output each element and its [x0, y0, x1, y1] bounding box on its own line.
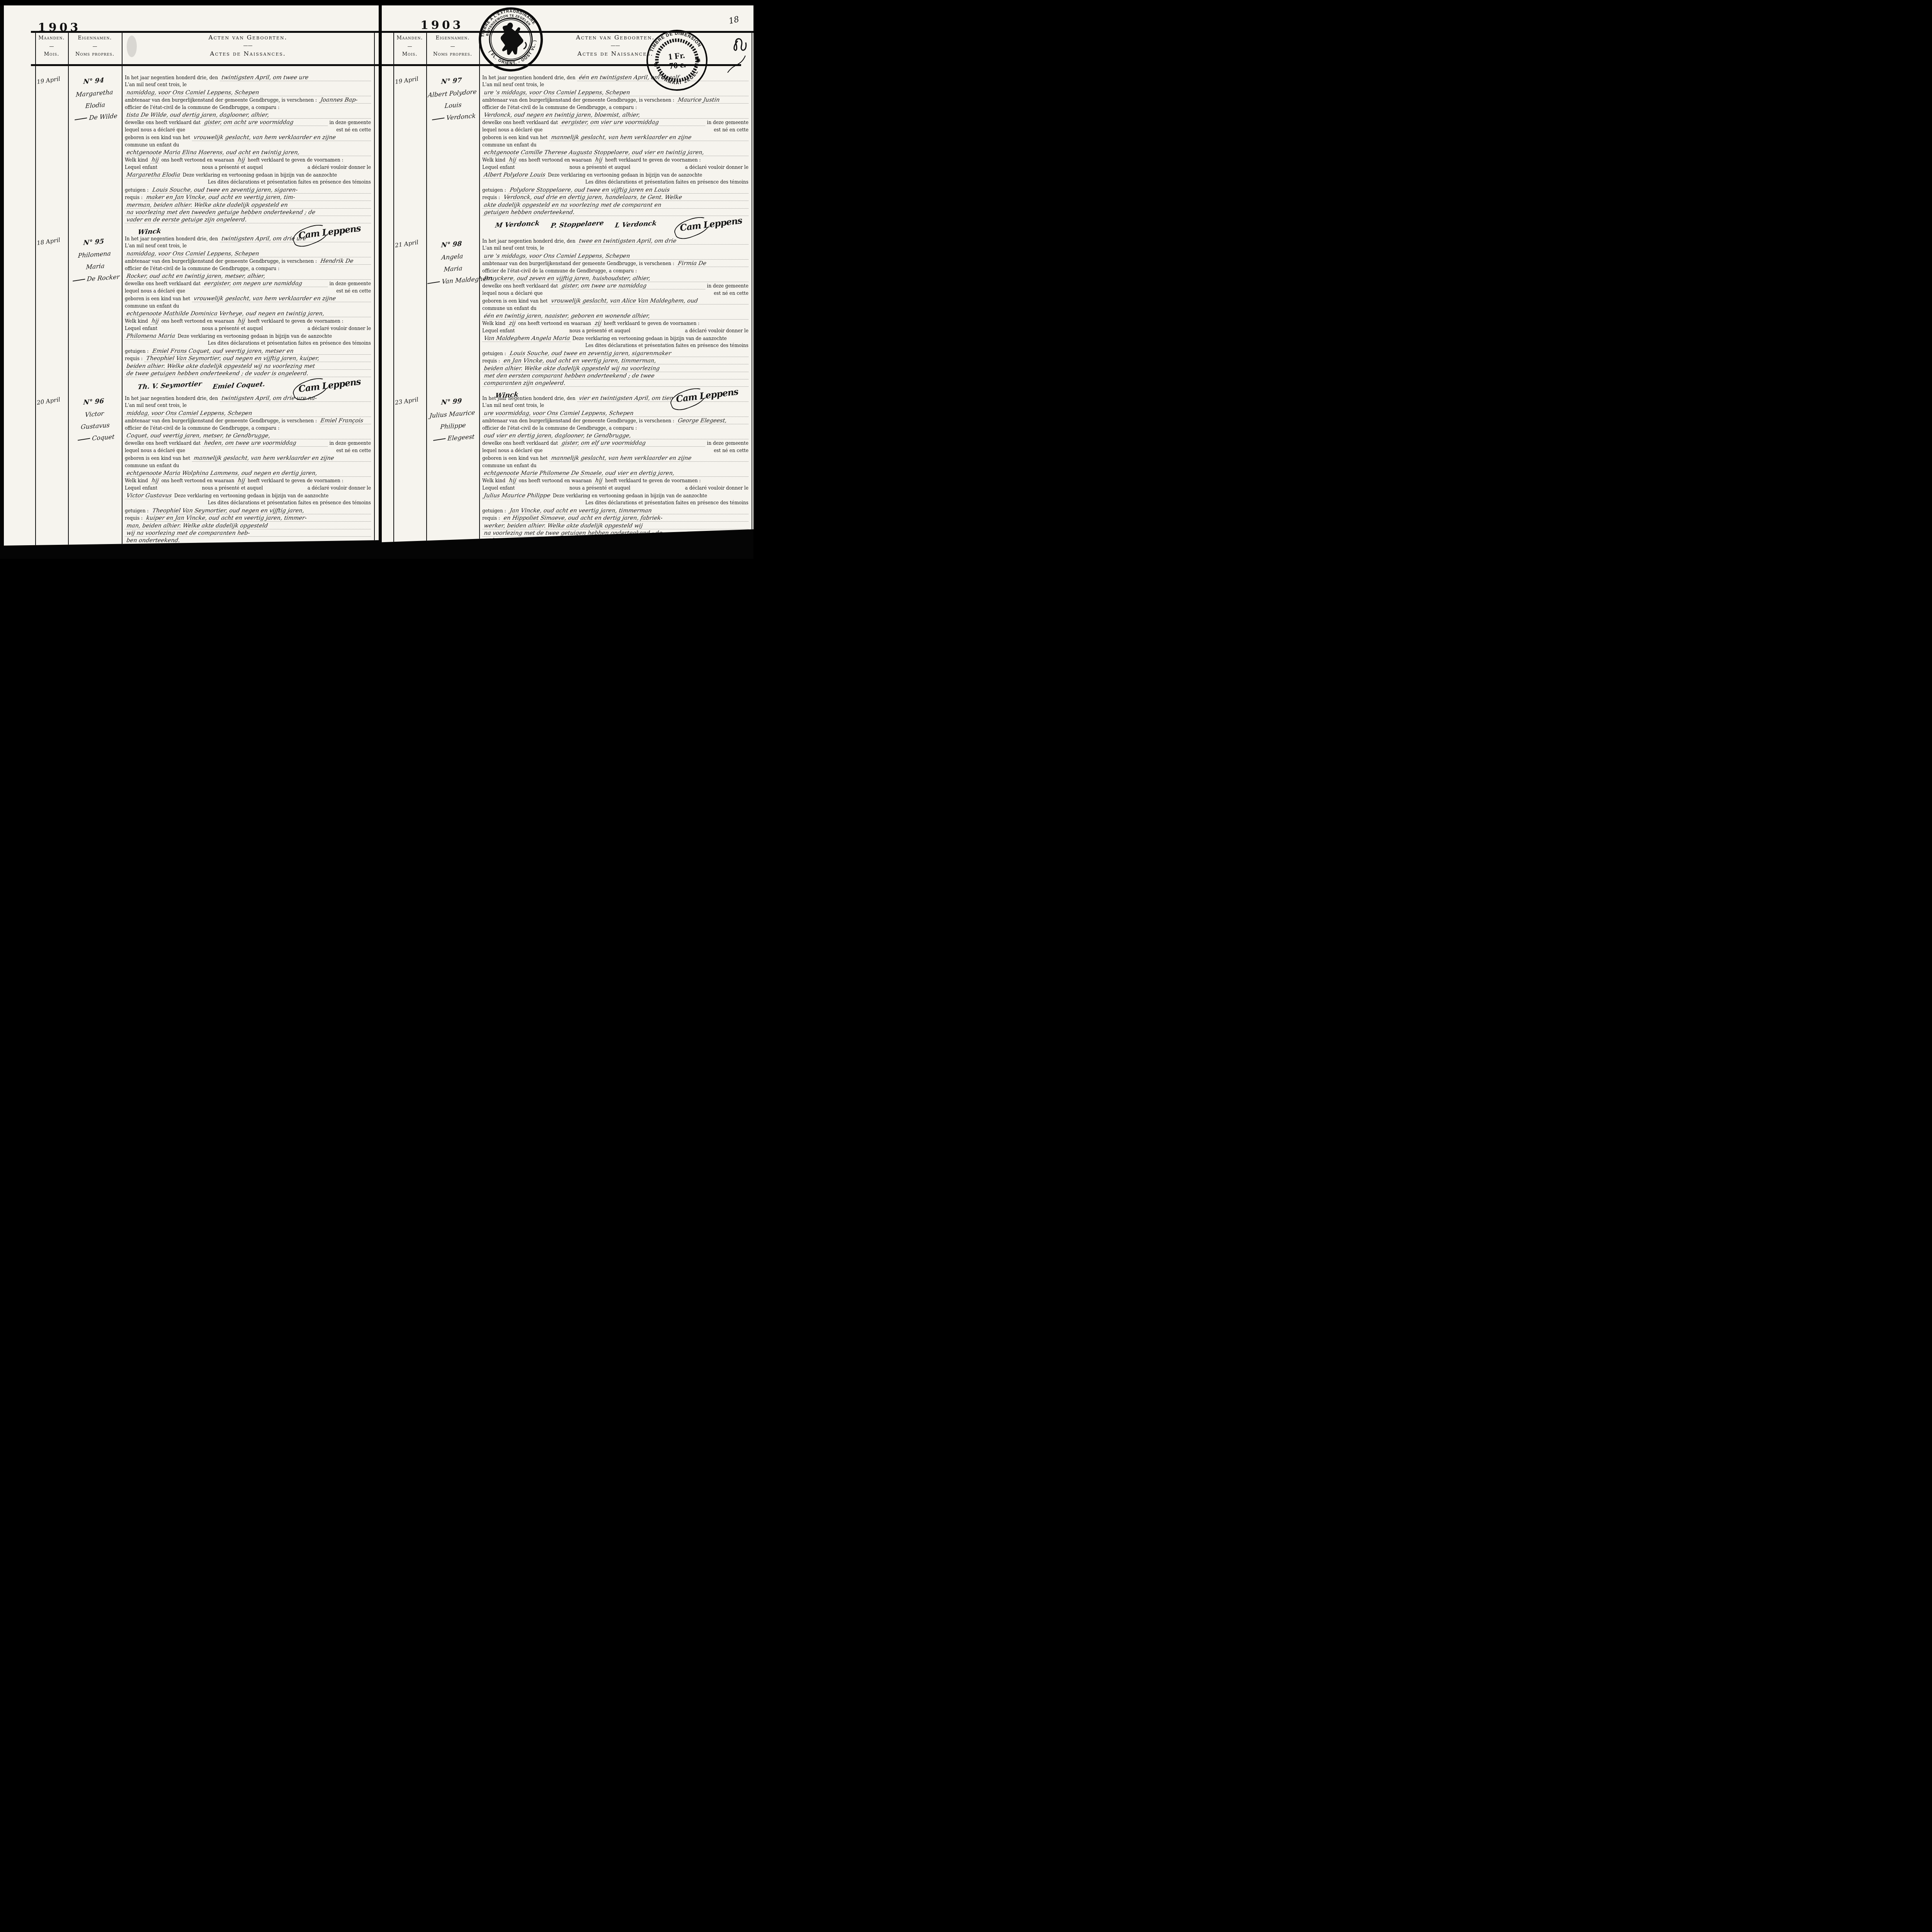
printed-form-text: ambtenaar van den burgerlijkenstand der …	[482, 261, 674, 266]
handwritten-text: Louis Souche, oud twee en zeventig jaren…	[508, 350, 750, 357]
act-text-line: lequel nous a déclaré queest né en cette	[482, 291, 748, 298]
handwritten-text: na voorlezing met de twee getuigen hebbe…	[482, 530, 750, 537]
birth-act-entry: 23 AprilN° 99Julius MauricePhilippeElege…	[382, 392, 753, 541]
stamp-value-centimes: 70 c.	[669, 60, 686, 71]
printed-form-text: In het jaar negentien honderd drie, den	[125, 236, 218, 241]
handwritten-text: Theophiel Van Seymortier, oud negen en v…	[145, 355, 372, 362]
printed-form-text: ons heeft vertoond en waaraan	[518, 321, 591, 326]
act-text-line: commune un enfant du	[125, 142, 371, 150]
printed-form-text: in deze gemeente	[707, 440, 748, 446]
printed-form-text: est né en cette	[714, 291, 748, 296]
act-text-line: lequel nous a déclaré queest né en cette	[482, 127, 748, 134]
printed-form-text: ambtenaar van den burgerlijkenstand der …	[125, 259, 317, 264]
act-text-line: ure 's middags, voor Ons Camiel Leppens,…	[482, 90, 748, 97]
printed-form-text: L'an mil neuf cent trois, le	[482, 245, 544, 251]
printed-form-text: nous a présenté et auquel	[570, 485, 631, 491]
entry-margin-date: 23 April	[395, 396, 419, 406]
register-page-left: 1903 Maanden. — Mois. Eigennamen. — Noms…	[4, 5, 379, 546]
entry-margin-name: N° 99Julius MauricePhilippeElegeest	[425, 394, 481, 446]
entry-act-text: In het jaar negentien honderd drie, denv…	[482, 395, 748, 558]
handwritten-text: beiden alhier. Welke akte dadelijk opges…	[482, 366, 750, 372]
printed-form-text: heeft verklaard te geven de voornamen :	[605, 478, 701, 483]
printed-form-text: lequel nous a déclaré que	[125, 127, 185, 133]
act-text-line: namiddag, voor Ons Camiel Leppens, Schep…	[125, 251, 371, 258]
handwritten-text: echtgenoote Marie Philomene De Smaele, o…	[482, 470, 750, 477]
printed-form-text: Welk kind	[125, 318, 148, 324]
printed-form-text: ons heeft vertoond en waaraan	[519, 157, 592, 163]
birth-act-entry: 20 AprilN° 96VictorGustavusCoquetIn het …	[4, 392, 379, 546]
act-text-line: geboren is een kind van hetmannelijk ges…	[482, 134, 748, 142]
printed-form-text: requis :	[125, 515, 143, 521]
witness-signature: Emiel Coquet.	[212, 380, 266, 391]
act-text-line: In het jaar negentien honderd drie, dent…	[125, 236, 371, 243]
act-text-line: lequel nous a déclaré queest né en cette	[125, 448, 371, 455]
printed-form-text: nous a présenté et auquel	[202, 326, 263, 331]
printed-form-text: L'an mil neuf cent trois, le	[125, 403, 187, 408]
printed-form-text: requis :	[482, 515, 500, 521]
printed-form-text: Welk kind	[482, 321, 505, 326]
act-text-line: geboren is een kind van hetvrouwelijk ge…	[482, 298, 748, 305]
handwritten-text: Van Maldeghem Angela Maria	[482, 335, 571, 342]
handwritten-text: mannelijk geslacht, van hem verklaarder …	[549, 134, 750, 141]
entry-margin-date: 20 April	[36, 396, 61, 406]
printed-form-text: est né en cette	[714, 127, 748, 133]
act-text-line: Rocker, oud acht en twintig jaren, metse…	[125, 273, 371, 281]
printed-form-text: In het jaar negentien honderd drie, den	[482, 75, 575, 80]
printed-form-text: a déclaré vouloir donner le	[685, 328, 748, 333]
entry-margin-name: N° 97Albert PolydoreLouisVerdonck	[425, 73, 481, 125]
entry-act-text: In het jaar negentien honderd drie, dené…	[482, 75, 748, 230]
printed-form-text: commune un enfant du	[482, 142, 537, 148]
printed-form-text: officier de l'état-civil de la commune d…	[125, 105, 279, 110]
printed-form-text: dewelke ons heeft verklaard dat	[482, 440, 558, 446]
printed-form-text: Deze verklaring en vertooning gedaan in …	[183, 172, 337, 178]
act-text-line: echtgenoote Marie Philomene De Smaele, o…	[482, 470, 748, 478]
printed-form-text: requis :	[125, 356, 143, 361]
witness-signature: Simaeve	[529, 548, 561, 557]
act-text-line: met den eersten comparant hebben onderte…	[482, 373, 748, 380]
handwritten-text: Victor Gustavus	[125, 493, 173, 499]
act-text-line: Lequel enfantnous a présenté et auquela …	[482, 165, 748, 172]
entry-margin-name: N° 96VictorGustavusCoquet	[66, 394, 123, 446]
printed-form-text: Lequel enfant	[125, 485, 157, 491]
act-text-line: ben onderteekend.	[125, 537, 371, 545]
handwritten-text: en Jan Vincke, oud acht en veertig jaren…	[502, 358, 750, 364]
handwritten-text: hij	[150, 478, 160, 484]
handwritten-text: heden, om twee ure voormiddag	[202, 440, 328, 447]
act-text-line: L'an mil neuf cent trois, le	[125, 82, 371, 89]
handwritten-text: Albert Polydore Louis	[482, 172, 547, 179]
printed-form-text: dewelke ons heeft verklaard dat	[125, 120, 201, 125]
printed-form-text: ons heeft vertoond en waaraan	[161, 157, 234, 163]
handwritten-text: zij	[507, 320, 517, 327]
act-text-line: man, beiden alhier. Welke akte dadelijk …	[125, 523, 371, 530]
printed-form-text: geboren is een kind van het	[125, 135, 190, 140]
act-text-line: requis :Verdonck, oud drie en dertig jar…	[482, 194, 748, 202]
handwritten-text: Emiel François	[319, 418, 372, 424]
act-text-line: dewelke ons heeft verklaard datheden, om…	[125, 440, 371, 447]
printed-form-text: ons heeft vertoond en waaraan	[519, 478, 592, 483]
handwritten-text: hij	[594, 478, 604, 484]
printed-form-text: lequel nous a déclaré que	[482, 448, 543, 453]
extraordinary-seal-stamp: TIMBRE A L'EXTRAORDINAIRE BUITENGEWOON T…	[471, 0, 551, 80]
printed-form-text: Lequel enfant	[125, 326, 157, 331]
column-header-names: Eigennamen. — Noms propres.	[426, 34, 479, 59]
act-text-line: ure 's middags, voor Ons Camiel Leppens,…	[482, 253, 748, 260]
printed-form-text: in deze gemeente	[707, 283, 748, 289]
act-text-line: lequel nous a déclaré queest né en cette	[482, 448, 748, 455]
entry-margin-date: 19 April	[395, 75, 419, 85]
printed-form-text: L'an mil neuf cent trois, le	[482, 82, 544, 87]
handwritten-text: akte dadelijk opgesteld en na voorlezing…	[482, 202, 750, 209]
act-text-line: Les dites déclarations et présentation f…	[125, 340, 371, 348]
handwritten-text: comparanten zijn ongeleerd.	[482, 380, 750, 387]
handwritten-text: man, beiden alhier. Welke akte dadelijk …	[125, 523, 372, 529]
act-text-line: In het jaar negentien honderd drie, dent…	[125, 395, 371, 403]
printed-form-text: commune un enfant du	[482, 463, 537, 468]
printed-form-text: officier de l'état-civil de la commune d…	[482, 425, 637, 431]
scanned-register-spread: 1903 Maanden. — Mois. Eigennamen. — Noms…	[0, 0, 767, 559]
act-text-line: beiden alhier. Welke akte dadelijk opges…	[125, 363, 371, 371]
act-text-line: officier de l'état-civil de la commune d…	[125, 105, 371, 112]
handwritten-text: namiddag, voor Ons Camiel Leppens, Schep…	[125, 90, 372, 96]
printed-form-text: a déclaré vouloir donner le	[308, 485, 371, 491]
act-text-line: Lequel enfantnous a présenté et auquela …	[482, 328, 748, 335]
printed-form-text: dewelke ons heeft verklaard dat	[482, 283, 558, 289]
act-text-line: getuigen :Emiel Frans Coquet, oud veerti…	[125, 348, 371, 355]
handwritten-text: echtgenoote Maria Wolphina Lammens, oud …	[125, 470, 372, 477]
printed-form-text: commune un enfant du	[125, 142, 179, 148]
printed-form-text: Deze verklaring en vertooning gedaan in …	[174, 493, 328, 498]
handwritten-text: Rocker, oud acht en twintig jaren, metse…	[125, 273, 372, 280]
handwritten-text: hij	[150, 157, 160, 163]
printed-form-text: heeft verklaard te geven de voornamen :	[248, 478, 344, 483]
act-text-line: Margaretha ElodiaDeze verklaring en vert…	[125, 172, 371, 179]
handwritten-text: twintigsten April, om drie ure na-	[220, 395, 372, 402]
handwritten-text: ben onderteekend.	[125, 537, 372, 544]
birth-act-entry: 19 AprilN° 94MargarethaElodiaDe WildeIn …	[4, 71, 379, 233]
act-text-line: ambtenaar van den burgerlijkenstand der …	[482, 418, 748, 425]
act-text-line: beiden alhier. Welke akte dadelijk opges…	[482, 366, 748, 373]
handwritten-text: oud vier en dertig jaren, daglooner, te …	[482, 433, 750, 439]
handwritten-text: mannelijk geslacht, van hem verklaarder …	[192, 455, 372, 462]
printed-form-text: est né en cette	[336, 127, 371, 133]
act-text-line: officier de l'état-civil de la commune d…	[125, 266, 371, 273]
printed-form-text: nous a présenté et auquel	[570, 328, 631, 333]
entry-margin-date: 19 April	[36, 75, 61, 85]
entry-margin-name: N° 95PhilomenaMariaDe Rocker	[66, 235, 123, 286]
handwritten-text: werker, beiden alhier. Welke akte dadeli…	[482, 523, 750, 529]
handwritten-text: gister, om twee ure namiddag	[560, 283, 706, 289]
act-text-line: Van Maldeghem Angela MariaDeze verklarin…	[482, 335, 748, 343]
act-text-line: dewelke ons heeft verklaard dateergister…	[482, 119, 748, 127]
handwritten-text: twintigsten April, om drie ure	[220, 236, 372, 242]
act-text-line: requis :Theophiel Van Seymortier, oud ne…	[125, 355, 371, 363]
printed-form-text: nous a présenté et auquel	[202, 165, 263, 170]
entry-act-text: In het jaar negentien honderd drie, dent…	[482, 238, 748, 401]
act-text-line: echtgenoote Mathilde Dominica Verheye, o…	[125, 311, 371, 318]
handwritten-text: hij	[594, 157, 604, 163]
printed-form-text: In het jaar negentien honderd drie, den	[482, 238, 575, 244]
act-text-line: Lequel enfantnous a présenté et auquela …	[125, 165, 371, 172]
printed-form-text: Les dites déclarations et présentation f…	[585, 343, 748, 348]
entry-act-text: In het jaar negentien honderd drie, dent…	[125, 236, 371, 391]
handwritten-text: merman, beiden alhier. Welke akte dadeli…	[125, 202, 372, 209]
act-text-line: geboren is een kind van hetvrouwelijk ge…	[125, 134, 371, 142]
act-text-line: L'an mil neuf cent trois, le	[482, 245, 748, 253]
register-page-right: 1903 Maanden. — Mois. Eigennamen. — Noms…	[382, 5, 753, 543]
act-text-line: één en twintig jaren, naaister, geboren …	[482, 313, 748, 320]
printed-form-text: Deze verklaring en vertooning gedaan in …	[178, 333, 332, 339]
handwritten-text: echtgenoote Maria Elina Haerens, oud ach…	[125, 150, 372, 156]
act-text-line: geboren is een kind van hetmannelijk ges…	[125, 455, 371, 463]
printed-form-text: Les dites déclarations et présentation f…	[208, 500, 371, 505]
entry-margin-date: 21 April	[395, 239, 419, 249]
act-text-line: requis :en Hippoliet Simaeve, oud acht e…	[482, 515, 748, 522]
printed-form-text: L'an mil neuf cent trois, le	[125, 243, 187, 248]
handwritten-text: Firmia De	[676, 260, 750, 267]
entry-margin-date: 18 April	[36, 236, 61, 247]
witness-signature: Emiel Coquet.	[137, 548, 191, 558]
act-text-line: vader en de eerste getuige zijn ongeleer…	[125, 217, 371, 224]
printed-form-text: officier de l'état-civil de la commune d…	[125, 425, 279, 431]
printed-form-text: requis :	[482, 195, 500, 200]
handwritten-text: echtgenoote Camille Therese Augusta Stop…	[482, 150, 750, 156]
act-text-line: echtgenoote Maria Elina Haerens, oud ach…	[125, 150, 371, 157]
handwritten-text: de twee getuigen hebben onderteekend ; d…	[125, 371, 372, 377]
act-text-line: ambtenaar van den burgerlijkenstand der …	[125, 258, 371, 265]
handwritten-text: Julius Maurice Philippe	[482, 493, 552, 499]
witness-signature: L Verdonck	[614, 219, 657, 230]
act-text-line: Les dites déclarations et présentation f…	[125, 500, 371, 507]
act-text-line: In het jaar negentien honderd drie, denv…	[482, 395, 748, 403]
act-text-line: Albert Polydore LouisDeze verklaring en …	[482, 172, 748, 179]
act-text-line: officier de l'état-civil de la commune d…	[125, 425, 371, 433]
printed-form-text: dewelke ons heeft verklaard dat	[125, 281, 201, 286]
act-text-line: oud vier en dertig jaren, daglooner, te …	[482, 433, 748, 440]
entry-act-text: In het jaar negentien honderd drie, dent…	[125, 395, 371, 558]
printed-form-text: getuigen :	[482, 351, 506, 356]
act-text-line: namiddag, voor Ons Camiel Leppens, Schep…	[125, 90, 371, 97]
printed-form-text: getuigen :	[125, 349, 149, 354]
birth-act-entry: 18 AprilN° 95PhilomenaMariaDe RockerIn h…	[4, 233, 379, 392]
act-text-line: requis :en Jan Vincke, oud acht en veert…	[482, 358, 748, 365]
act-text-line: commune un enfant du	[482, 306, 748, 313]
handwritten-text: gister, om elf ure voormiddag	[560, 440, 706, 447]
act-text-line: lequel nous a déclaré queest né en cette	[125, 288, 371, 296]
handwritten-text: Jan Vincke, oud acht en veertig jaren, t…	[508, 508, 750, 514]
printed-form-text: ons heeft vertoond en waaraan	[161, 318, 234, 324]
handwritten-text: wij na voorlezing met de comparanten heb…	[125, 530, 372, 537]
printed-form-text: heeft verklaard te geven de voornamen :	[248, 318, 344, 324]
printed-form-text: dewelke ons heeft verklaard dat	[125, 440, 201, 446]
act-text-line: na voorlezing met den tweeden getuige he…	[125, 209, 371, 217]
handwritten-text: ure voormiddag, voor Ons Camiel Leppens,…	[482, 410, 750, 417]
act-text-line: Welk kindhijons heeft vertoond en waaraa…	[125, 157, 371, 164]
printed-form-text: getuigen :	[482, 187, 506, 193]
column-header-months: Maanden. — Mois.	[35, 34, 68, 59]
witness-signature: Winck	[276, 548, 301, 557]
printed-form-text: ambtenaar van den burgerlijkenstand der …	[482, 97, 674, 103]
handwritten-text: hij	[150, 318, 160, 325]
act-text-line: getuigen :Louis Souche, oud twee en zeve…	[482, 350, 748, 358]
handwritten-text: maker en Jan Vincke, oud acht en veertig…	[145, 194, 372, 201]
printed-form-text: Lequel enfant	[482, 485, 515, 491]
printed-form-text: est né en cette	[336, 448, 371, 453]
printed-form-text: geboren is een kind van het	[482, 298, 548, 304]
handwritten-text: twee en twintigsten April, om drie	[577, 238, 750, 245]
act-text-line: ambtenaar van den burgerlijkenstand der …	[125, 97, 371, 104]
handwritten-text: Polydore Stoppelaere, oud twee en vijfti…	[508, 187, 750, 194]
act-text-line: ambtenaar van den burgerlijkenstand der …	[482, 260, 748, 268]
act-text-line: de twee getuigen hebben onderteekend ; d…	[125, 371, 371, 378]
handwritten-text: ure 's middags, voor Ons Camiel Leppens,…	[482, 90, 750, 96]
act-text-line: commune un enfant du	[125, 303, 371, 311]
act-text-line: Welk kindhijons heeft vertoond en waaraa…	[482, 157, 748, 164]
printed-form-text: In het jaar negentien honderd drie, den	[125, 396, 218, 401]
printed-form-text: requis :	[125, 195, 143, 200]
act-text-line: L'an mil neuf cent trois, le	[482, 403, 748, 410]
printed-form-text: heeft verklaard te geven de voornamen :	[604, 321, 700, 326]
printed-form-text: dewelke ons heeft verklaard dat	[482, 120, 558, 125]
act-text-line: echtgenoote Maria Wolphina Lammens, oud …	[125, 470, 371, 478]
page-number: 18	[728, 14, 740, 26]
printed-form-text: Les dites déclarations et présentation f…	[585, 500, 748, 505]
printed-form-text: geboren is een kind van het	[125, 296, 190, 301]
handwritten-text: Philomena Maria	[125, 333, 177, 340]
handwritten-text: George Elegeest,	[676, 418, 750, 424]
handwritten-text: Verdonck, oud drie en dertig jaren, hand…	[502, 194, 750, 201]
act-text-line: officier de l'état-civil de la commune d…	[482, 425, 748, 433]
printed-form-text: in deze gemeente	[330, 120, 371, 125]
handwritten-text: één en twintigsten April, om twaalf	[577, 75, 750, 81]
printed-form-text: Welk kind	[482, 157, 505, 163]
act-text-line: commune un enfant du	[125, 463, 371, 470]
act-text-line: ambtenaar van den burgerlijkenstand der …	[125, 418, 371, 425]
act-text-line: lequel nous a déclaré queest né en cette	[125, 127, 371, 134]
act-text-line: geboren is een kind van hetvrouwelijk ge…	[125, 296, 371, 303]
act-text-line: L'an mil neuf cent trois, le	[482, 82, 748, 89]
handwritten-text: hij	[236, 318, 247, 325]
signature-row: M VerdonckP. StoppelaereL VerdonckCam Le…	[482, 219, 748, 230]
act-text-line: In het jaar negentien honderd drie, dené…	[482, 75, 748, 82]
handwritten-text: Theophiel Van Seymortier, oud negen en v…	[151, 508, 372, 514]
act-text-line: werker, beiden alhier. Welke akte dadeli…	[482, 523, 748, 530]
handwritten-text: middag, voor Ons Camiel Leppens, Schepen	[125, 410, 372, 417]
act-text-line: Welk kindhijons heeft vertoond en waaraa…	[482, 478, 748, 485]
printed-form-text: Deze verklaring en vertooning gedaan in …	[548, 172, 702, 178]
act-text-line: Lequel enfantnous a présenté et auquela …	[482, 485, 748, 493]
handwritten-text: Verdonck, oud negen en twintig jaren, bl…	[482, 112, 750, 119]
handwritten-text: eergister, om vier ure voormiddag	[560, 119, 706, 126]
handwritten-text: vier en twintigsten April, om tien	[577, 395, 750, 402]
printed-form-text: Welk kind	[125, 478, 148, 483]
printed-form-text: Les dites déclarations et présentation f…	[585, 179, 748, 185]
printed-form-text: Deze verklaring en vertooning gedaan in …	[573, 336, 727, 341]
printed-form-text: commune un enfant du	[125, 463, 179, 468]
entry-margin-name: N° 94MargarethaElodiaDe Wilde	[66, 73, 123, 125]
printed-form-text: officier de l'état-civil de la commune d…	[482, 268, 637, 274]
printed-form-text: officier de l'état-civil de la commune d…	[482, 105, 637, 110]
act-text-line: In het jaar negentien honderd drie, dent…	[125, 75, 371, 82]
printed-form-text: in deze gemeente	[707, 120, 748, 125]
printed-form-text: nous a présenté et auquel	[202, 485, 263, 491]
witness-signature: Winck	[495, 548, 519, 557]
act-text-line: Les dites déclarations et présentation f…	[482, 179, 748, 187]
printed-form-text: officier de l'état-civil de la commune d…	[125, 266, 279, 271]
printed-form-text: Lequel enfant	[125, 165, 157, 170]
printed-form-text: geboren is een kind van het	[125, 456, 190, 461]
handwritten-text: ure 's middags, voor Ons Camiel Leppens,…	[482, 253, 750, 260]
act-text-line: dewelke ons heeft verklaard datgister, o…	[125, 119, 371, 127]
handwritten-text: tista De Wilde, oud dertig jaren, dagloo…	[125, 112, 372, 119]
printed-form-text: est né en cette	[336, 288, 371, 294]
act-text-line: geboren is een kind van hetmannelijk ges…	[482, 455, 748, 463]
act-text-line: In het jaar negentien honderd drie, dent…	[482, 238, 748, 245]
act-text-line: requis :maker en Jan Vincke, oud acht en…	[125, 194, 371, 202]
handwritten-text: Joannes Bap-	[319, 97, 372, 104]
witness-signature: P. Stoppelaere	[550, 219, 604, 230]
printed-form-text: Les dites déclarations et présentation f…	[208, 340, 371, 346]
printed-form-text: a déclaré vouloir donner le	[308, 165, 371, 170]
handwritten-text: Hendrik De	[319, 258, 372, 265]
act-text-line: Philomena MariaDeze verklaring en vertoo…	[125, 333, 371, 340]
handwritten-text: twintigsten April, om twee ure	[220, 75, 372, 81]
printed-form-text: Welk kind	[482, 478, 505, 483]
printed-form-text: In het jaar negentien honderd drie, den	[125, 75, 218, 80]
handwritten-text: Emiel Frans Coquet, oud veertig jaren, m…	[151, 348, 372, 355]
handwritten-text: na voorlezing met den tweeden getuige he…	[125, 209, 372, 216]
printed-form-text: lequel nous a déclaré que	[125, 288, 185, 294]
official-signature: Cam Leppens	[322, 544, 386, 559]
printed-form-text: ons heeft vertoond en waaraan	[161, 478, 234, 483]
printed-form-text: L'an mil neuf cent trois, le	[125, 82, 187, 87]
printed-form-text: a déclaré vouloir donner le	[685, 165, 748, 170]
printed-form-text: a déclaré vouloir donner le	[308, 326, 371, 331]
handwritten-text: kuiper en Jan Vincke, oud acht en veerti…	[145, 515, 372, 522]
handwritten-text: vrouwelijk geslacht, van hem verklaarder…	[192, 134, 372, 141]
printed-form-text: requis :	[482, 358, 500, 364]
act-text-line: getuigen :Louis Souche, oud twee en zeve…	[125, 187, 371, 194]
printed-form-text: lequel nous a déclaré que	[125, 448, 185, 453]
act-text-line: getuigen :Polydore Stoppelaere, oud twee…	[482, 187, 748, 194]
handwritten-text: beiden alhier. Welke akte dadelijk opges…	[125, 363, 372, 370]
handwritten-text: Bruyckere, oud zeven en vijftig jaren, h…	[482, 276, 750, 282]
printed-form-text: in deze gemeente	[330, 281, 371, 286]
handwritten-text: zij	[593, 320, 603, 327]
printed-form-text: Welk kind	[125, 157, 148, 163]
column-header-names: Eigennamen. — Noms propres.	[68, 34, 122, 59]
handwritten-text: hij	[507, 478, 518, 484]
printed-form-text: L'an mil neuf cent trois, le	[482, 403, 544, 408]
act-text-line: vader is ongeleerd.	[482, 537, 748, 545]
act-text-line: Lequel enfantnous a présenté et auquela …	[125, 326, 371, 333]
printed-form-text: getuigen :	[125, 187, 149, 193]
handwritten-text: getuigen hebben onderteekend.	[482, 209, 750, 216]
handwritten-text: één en twintig jaren, naaister, geboren …	[482, 313, 750, 320]
act-text-line: commune un enfant du	[482, 463, 748, 470]
act-text-line: officier de l'état-civil de la commune d…	[482, 268, 748, 276]
printed-form-text: In het jaar negentien honderd drie, den	[482, 396, 575, 401]
printed-form-text: commune un enfant du	[482, 306, 537, 311]
act-text-line: wij na voorlezing met de comparanten heb…	[125, 530, 371, 537]
printed-form-text: ambtenaar van den burgerlijkenstand der …	[482, 418, 674, 423]
witness-signature: M Verdonck	[495, 219, 540, 230]
handwritten-text: vader en de eerste getuige zijn ongeleer…	[125, 217, 372, 223]
act-text-line: requis :kuiper en Jan Vincke, oud acht e…	[125, 515, 371, 522]
handwritten-text: vrouwelijk geslacht, van hem verklaarder…	[192, 296, 372, 302]
handwritten-text: met den eersten comparant hebben onderte…	[482, 373, 750, 379]
